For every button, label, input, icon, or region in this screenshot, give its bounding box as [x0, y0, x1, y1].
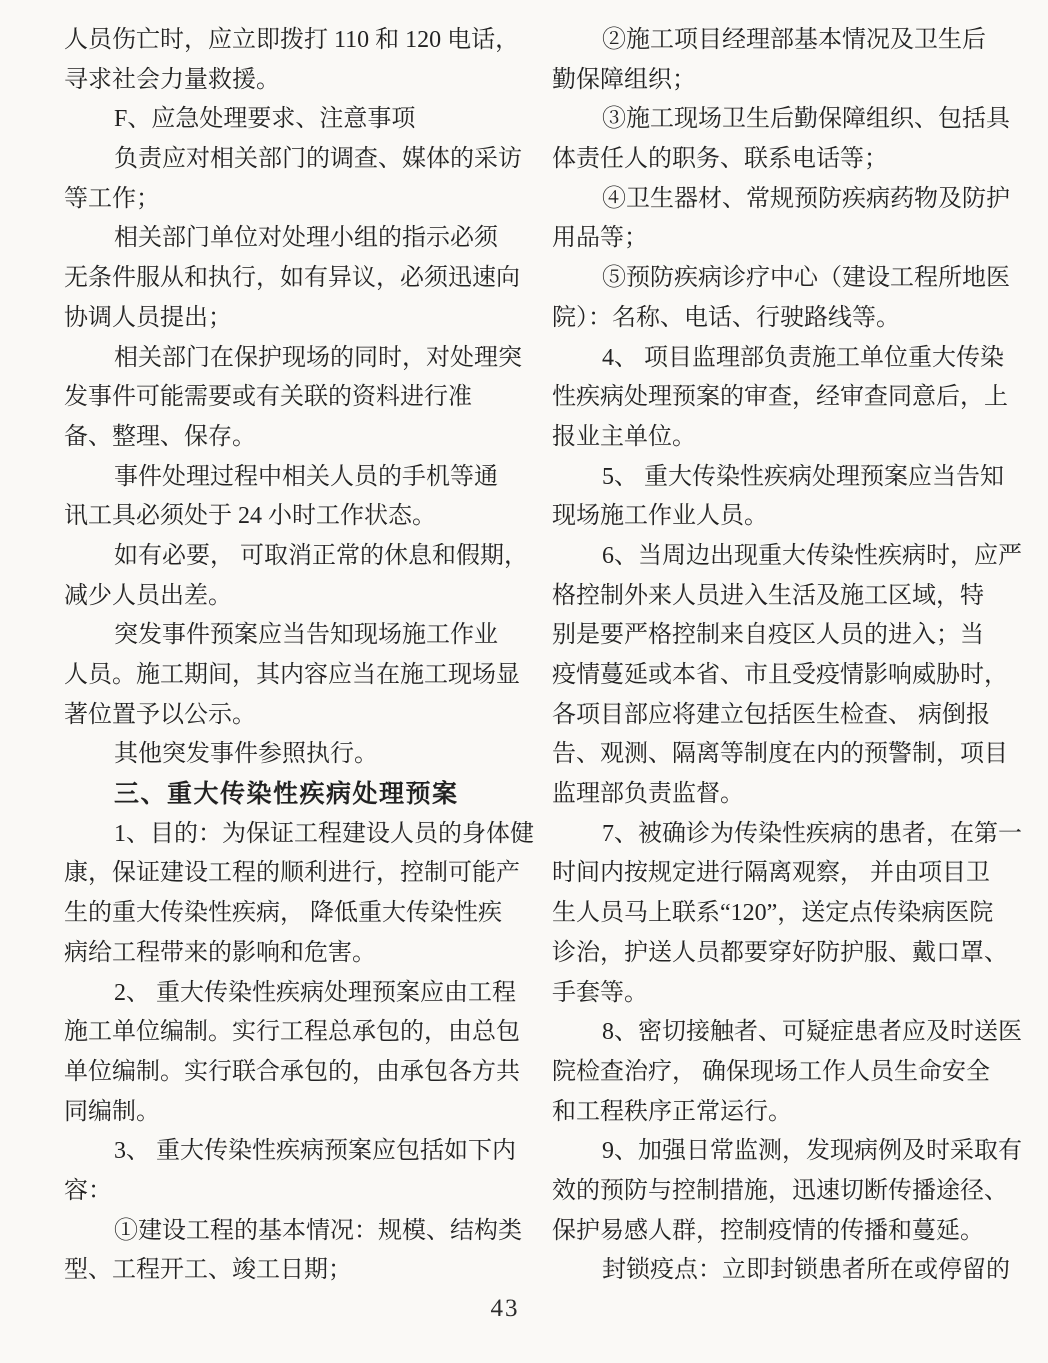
- text-line: 备、整理、保存。: [64, 418, 520, 458]
- section-heading: 三、重大传染性疾病处理预案: [64, 775, 520, 815]
- page-number: 43: [0, 1295, 1010, 1323]
- text-line: 容：: [64, 1172, 520, 1212]
- text-line: 相关部门单位对处理小组的指示必须: [64, 219, 520, 259]
- text-line: 其他突发事件参照执行。: [64, 735, 520, 775]
- text-line: 疫情蔓延或本省、市且受疫情影响威胁时，: [552, 656, 1014, 696]
- text-line: 相关部门在保护现场的同时，对处理突: [64, 339, 520, 379]
- text-line: 体责任人的职务、联系电话等；: [552, 140, 1014, 180]
- text-line: 封锁疫点：立即封锁患者所在或停留的: [552, 1251, 1014, 1291]
- text-line: F、应急处理要求、注意事项: [64, 100, 520, 140]
- right-text-column: ②施工项目经理部基本情况及卫生后勤保障组织；③施工现场卫生后勤保障组织、包括具体…: [552, 21, 1014, 1291]
- text-line: 6、当周边出现重大传染性疾病时，应严: [552, 537, 1014, 577]
- text-line: 手套等。: [552, 974, 1014, 1014]
- text-line: 诊治，护送人员都要穿好防护服、戴口罩、: [552, 934, 1014, 974]
- text-line: 协调人员提出；: [64, 299, 520, 339]
- text-line: 生的重大传染性疾病， 降低重大传染性疾: [64, 894, 520, 934]
- text-line: 3、 重大传染性疾病预案应包括如下内: [64, 1132, 520, 1172]
- text-line: 7、被确诊为传染性疾病的患者，在第一: [552, 815, 1014, 855]
- text-line: 单位编制。实行联合承包的，由承包各方共: [64, 1053, 520, 1093]
- text-line: 同编制。: [64, 1093, 520, 1133]
- text-line: 著位置予以公示。: [64, 696, 520, 736]
- text-line: 负责应对相关部门的调查、媒体的采访: [64, 140, 520, 180]
- text-line: 别是要严格控制来自疫区人员的进入；当: [552, 616, 1014, 656]
- left-text-column: 人员伤亡时，应立即拨打 110 和 120 电话，寻求社会力量救援。F、应急处理…: [64, 21, 520, 1291]
- text-line: 施工单位编制。实行工程总承包的，由总包: [64, 1013, 520, 1053]
- text-line: 4、 项目监理部负责施工单位重大传染: [552, 339, 1014, 379]
- text-line: 勤保障组织；: [552, 61, 1014, 101]
- text-line: 报业主单位。: [552, 418, 1014, 458]
- text-line: 突发事件预案应当告知现场施工作业: [64, 616, 520, 656]
- text-line: 生人员马上联系“120”，送定点传染病医院: [552, 894, 1014, 934]
- text-line: 病给工程带来的影响和危害。: [64, 934, 520, 974]
- text-line: ⑤预防疾病诊疗中心（建设工程所地医: [552, 259, 1014, 299]
- text-line: 人员。施工期间，其内容应当在施工现场显: [64, 656, 520, 696]
- text-line: 效的预防与控制措施，迅速切断传播途径、: [552, 1172, 1014, 1212]
- text-line: 时间内按规定进行隔离观察， 并由项目卫: [552, 854, 1014, 894]
- text-line: 2、 重大传染性疾病处理预案应由工程: [64, 974, 520, 1014]
- text-line: 性疾病处理预案的审查，经审查同意后，上: [552, 378, 1014, 418]
- text-line: 9、加强日常监测，发现病例及时采取有: [552, 1132, 1014, 1172]
- text-line: 告、观测、隔离等制度在内的预警制，项目: [552, 735, 1014, 775]
- text-line: 发事件可能需要或有关联的资料进行准: [64, 378, 520, 418]
- text-line: 型、工程开工、竣工日期；: [64, 1251, 520, 1291]
- text-line: 等工作；: [64, 180, 520, 220]
- text-line: 康，保证建设工程的顺利进行，控制可能产: [64, 854, 520, 894]
- text-line: 8、密切接触者、可疑症患者应及时送医: [552, 1013, 1014, 1053]
- text-line: 讯工具必须处于 24 小时工作状态。: [64, 497, 520, 537]
- text-line: 格控制外来人员进入生活及施工区域，特: [552, 577, 1014, 617]
- text-line: 人员伤亡时，应立即拨打 110 和 120 电话，: [64, 21, 520, 61]
- text-line: 现场施工作业人员。: [552, 497, 1014, 537]
- document-page: 人员伤亡时，应立即拨打 110 和 120 电话，寻求社会力量救援。F、应急处理…: [0, 0, 1048, 1363]
- text-line: 减少人员出差。: [64, 577, 520, 617]
- text-line: 1、目的：为保证工程建设人员的身体健: [64, 815, 520, 855]
- text-line: 院检查治疗， 确保现场工作人员生命安全: [552, 1053, 1014, 1093]
- text-line: 5、 重大传染性疾病处理预案应当告知: [552, 458, 1014, 498]
- text-line: 寻求社会力量救援。: [64, 61, 520, 101]
- text-line: 无条件服从和执行，如有异议，必须迅速向: [64, 259, 520, 299]
- text-line: ③施工现场卫生后勤保障组织、包括具: [552, 100, 1014, 140]
- text-line: ①建设工程的基本情况：规模、结构类: [64, 1212, 520, 1252]
- text-line: 和工程秩序正常运行。: [552, 1093, 1014, 1133]
- text-line: 保护易感人群，控制疫情的传播和蔓延。: [552, 1212, 1014, 1252]
- text-line: ④卫生器材、常规预防疾病药物及防护: [552, 180, 1014, 220]
- text-line: 用品等；: [552, 219, 1014, 259]
- text-line: 事件处理过程中相关人员的手机等通: [64, 458, 520, 498]
- text-line: ②施工项目经理部基本情况及卫生后: [552, 21, 1014, 61]
- text-line: 各项目部应将建立包括医生检查、 病倒报: [552, 696, 1014, 736]
- text-line: 监理部负责监督。: [552, 775, 1014, 815]
- text-line: 院）：名称、电话、行驶路线等。: [552, 299, 1014, 339]
- text-line: 如有必要， 可取消正常的休息和假期，: [64, 537, 520, 577]
